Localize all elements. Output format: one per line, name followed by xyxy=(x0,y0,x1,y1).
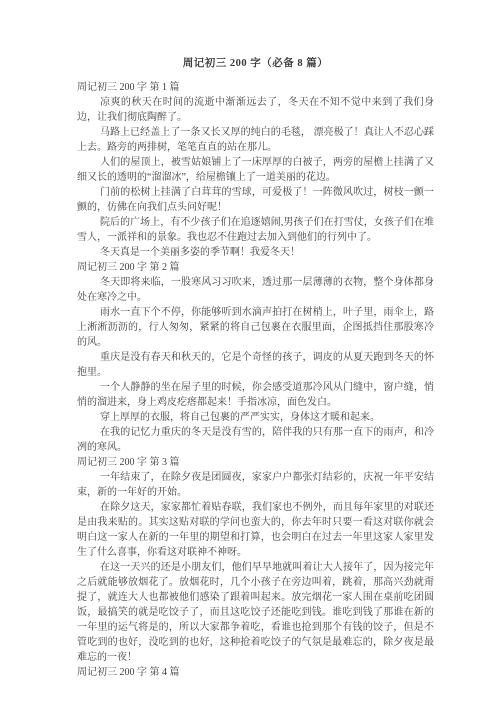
section-heading: 周记初三 200 字 第 3 篇 xyxy=(77,455,434,470)
paragraph: 冬天真是一个美丽多姿的季节啊！我爱冬天！ xyxy=(77,245,434,260)
section-heading: 周记初三 200 字 第 1 篇 xyxy=(77,80,434,95)
paragraph: 马路上已经盖上了一条又长又厚的纯白的毛毯， 漂亮极了！真让人不忍心踩上去。路旁的… xyxy=(77,125,434,155)
paragraph: 凉爽的秋天在时间的流逝中渐渐远去了，冬天在不知不觉中来到了我们身边，让我们彻底陶… xyxy=(77,95,434,125)
paragraph: 一个人静静的坐在屋子里的时候，你会感受道那冷风从门缝中，窗户缝，悄悄的溜进来，身… xyxy=(77,380,434,410)
section-4: 周记初三 200 字 第 4 篇 xyxy=(77,665,434,680)
section-heading: 周记初三 200 字 第 2 篇 xyxy=(77,260,434,275)
paragraph: 门前的松树上挂满了白茸茸的雪球，可爱极了！一阵微风吹过，树枝一颤一颤的，仿佛在向… xyxy=(77,185,434,215)
paragraph: 冬天即将来临，一股寒风习习吹来，透过那一层薄薄的衣物，整个身体都身处在寒冷之中。 xyxy=(77,275,434,305)
paragraph: 在除夕这天，家家都忙着贴春联，我们家也不例外，而且每年家里的对联还是由我来贴的。… xyxy=(77,500,434,560)
paragraph: 穿上厚厚的衣服，将自己包裹的严严实实，身体这才暖和起来。 xyxy=(77,410,434,425)
document-page: 周记初三 200 字（必备 8 篇） 周记初三 200 字 第 1 篇 凉爽的秋… xyxy=(0,0,500,707)
paragraph: 雨水一直下个不停，你能够听到水滴声拍打在树梢上，叶子里，雨伞上，路上淅淅沥沥的，… xyxy=(77,305,434,350)
section-1: 周记初三 200 字 第 1 篇 凉爽的秋天在时间的流逝中渐渐远去了，冬天在不知… xyxy=(77,80,434,260)
paragraph: 人们的屋顶上，被雪姑娘铺上了一床厚厚的白被子，两旁的屋檐上挂满了又细又长的透明的… xyxy=(77,155,434,185)
paragraph: 在我的记忆力重庆的冬天是没有雪的，陪伴我的只有那一直下的雨声，和冷冽的寒风。 xyxy=(77,425,434,455)
paragraph: 一年结束了，在除夕夜是团圆夜，家家户户都张灯结彩的，庆祝一年平安结束，新的一年好… xyxy=(77,470,434,500)
section-heading: 周记初三 200 字 第 4 篇 xyxy=(77,665,434,680)
section-2: 周记初三 200 字 第 2 篇 冬天即将来临，一股寒风习习吹来，透过那一层薄薄… xyxy=(77,260,434,455)
paragraph: 院后的广场上，有不少孩子们在追逐嬉闹,男孩子们在打雪仗，女孩子们在堆雪人，一派祥… xyxy=(77,215,434,245)
document-title: 周记初三 200 字（必备 8 篇） xyxy=(77,56,434,71)
paragraph: 在这一天兴的还是小朋友们，他们早早地就叫着让大人接年了，因为接完年之后就能够放烟… xyxy=(77,560,434,665)
paragraph: 重庆是没有春天和秋天的，它是个奇怪的孩子，调皮的从夏天跑到冬天的怀抱里。 xyxy=(77,350,434,380)
section-3: 周记初三 200 字 第 3 篇 一年结束了，在除夕夜是团圆夜，家家户户都张灯结… xyxy=(77,455,434,665)
